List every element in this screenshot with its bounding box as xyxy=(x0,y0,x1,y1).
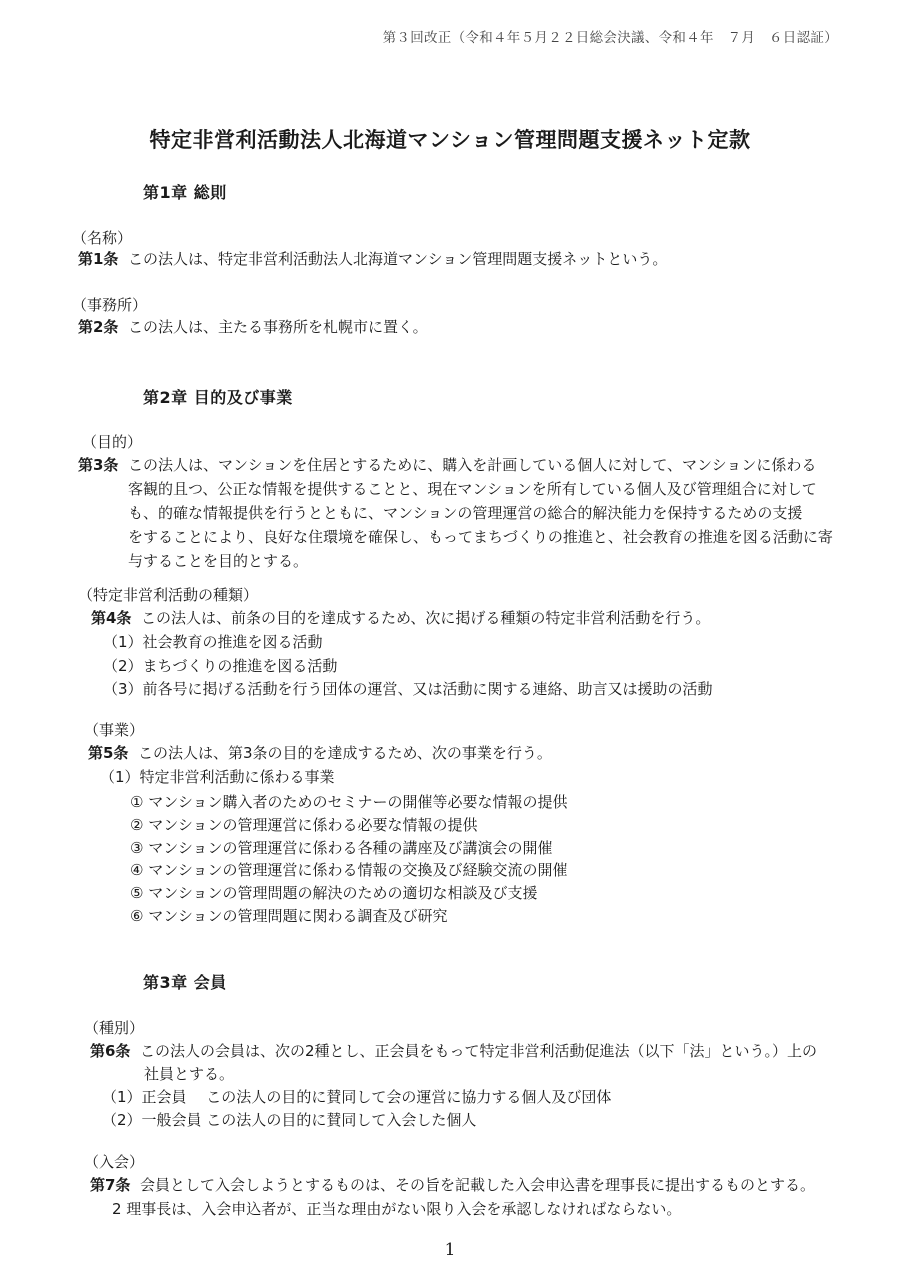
article-number: 第4条 xyxy=(91,606,131,630)
page-number: 1 xyxy=(0,1240,900,1260)
chapter-2-heading: 第2章 目的及び事業 xyxy=(143,385,293,408)
article-number: 第3条 xyxy=(78,453,118,477)
article-4-caption: （特定非営利活動の種類） xyxy=(78,584,258,605)
article-7-caption: （入会） xyxy=(84,1151,144,1172)
article-text-line: この法人の会員は、次の2種とし、正会員をもって特定非営利活動促進法（以下「法」と… xyxy=(140,1042,817,1060)
article-6: 第6条 この法人の会員は、次の2種とし、正会員をもって特定非営利活動促進法（以下… xyxy=(90,1039,817,1063)
chapter-3-heading: 第3章 会員 xyxy=(143,970,227,993)
article-text-line: 客観的且つ、公正な情報を提供することと、現在マンションを所有している個人及び管理… xyxy=(128,477,817,501)
sub-list-item: ⑤ マンションの管理問題の解決のための適切な相談及び支援 xyxy=(130,881,538,905)
revision-note: 第３回改正（令和４年５月２２日総会決議、令和４年 ７月 ６日認証） xyxy=(383,26,838,46)
chapter-1-heading: 第1章 総則 xyxy=(143,180,227,203)
article-5-caption: （事業） xyxy=(84,719,144,740)
list-item: （2）まちづくりの推進を図る活動 xyxy=(103,654,337,678)
article-text-line: をすることにより、良好な住環境を確保し、もってまちづくりの推進と、社会教育の推進… xyxy=(128,525,833,549)
article-2-caption: （事務所） xyxy=(72,294,147,315)
article-text: この法人は、前条の目的を達成するため、次に掲げる種類の特定非営利活動を行う。 xyxy=(141,609,710,627)
sub-list-item: ④ マンションの管理運営に係わる情報の交換及び経験交流の開催 xyxy=(130,858,568,882)
article-number: 第7条 xyxy=(90,1173,130,1197)
article-text-line: 社員とする。 xyxy=(144,1062,234,1086)
article-1: 第1条 この法人は、特定非営利活動法人北海道マンション管理問題支援ネットという。 xyxy=(78,247,667,271)
article-text: この法人は、特定非営利活動法人北海道マンション管理問題支援ネットという。 xyxy=(128,250,667,268)
article-number: 第6条 xyxy=(90,1039,130,1063)
list-item: （3）前各号に掲げる活動を行う団体の運営、又は活動に関する連絡、助言又は援助の活… xyxy=(103,677,713,701)
sub-list-item: ① マンション購入者のためのセミナーの開催等必要な情報の提供 xyxy=(130,790,568,814)
sub-list-item: ⑥ マンションの管理問題に関わる調査及び研究 xyxy=(130,904,448,928)
sub-list-item: ③ マンションの管理運営に係わる各種の講座及び講演会の開催 xyxy=(130,836,553,860)
article-text-line: も、的確な情報提供を行うとともに、マンションの管理運営の総合的解決能力を保持する… xyxy=(128,501,802,525)
article-3: 第3条 この法人は、マンションを住居とするために、購入を計画している個人に対して… xyxy=(78,453,816,477)
article-5: 第5条 この法人は、第3条の目的を達成するため、次の事業を行う。 xyxy=(88,741,552,765)
article-number: 第2条 xyxy=(78,315,118,339)
list-item: （1）正会員 この法人の目的に賛同して会の運営に協力する個人及び団体 xyxy=(102,1085,611,1109)
article-text-line: 与することを目的とする。 xyxy=(128,549,308,573)
article-2: 第2条 この法人は、主たる事務所を札幌市に置く。 xyxy=(78,315,428,339)
article-6-caption: （種別） xyxy=(84,1017,144,1038)
list-item: （2）一般会員 この法人の目的に賛同して入会した個人 xyxy=(102,1108,476,1132)
list-item: （1）社会教育の推進を図る活動 xyxy=(103,630,323,654)
article-text: この法人は、主たる事務所を札幌市に置く。 xyxy=(128,318,428,336)
article-1-caption: （名称） xyxy=(72,227,132,248)
list-item: （1）特定非営利活動に係わる事業 xyxy=(100,765,335,789)
article-text-line: この法人は、マンションを住居とするために、購入を計画している個人に対して、マンシ… xyxy=(128,456,816,474)
article-text: 会員として入会しようとするものは、その旨を記載した入会申込書を理事長に提出するも… xyxy=(140,1176,815,1194)
article-text: この法人は、第3条の目的を達成するため、次の事業を行う。 xyxy=(138,744,552,762)
article-number: 第1条 xyxy=(78,247,118,271)
list-item: 2 理事長は、入会申込者が、正当な理由がない限り入会を承認しなければならない。 xyxy=(112,1197,681,1221)
sub-list-item: ② マンションの管理運営に係わる必要な情報の提供 xyxy=(130,813,478,837)
article-7: 第7条 会員として入会しようとするものは、その旨を記載した入会申込書を理事長に提… xyxy=(90,1173,815,1197)
document-title: 特定非営利活動法人北海道マンション管理問題支援ネット定款 xyxy=(0,124,900,154)
article-3-caption: （目的） xyxy=(82,431,142,452)
article-4: 第4条 この法人は、前条の目的を達成するため、次に掲げる種類の特定非営利活動を行… xyxy=(91,606,710,630)
article-number: 第5条 xyxy=(88,741,128,765)
